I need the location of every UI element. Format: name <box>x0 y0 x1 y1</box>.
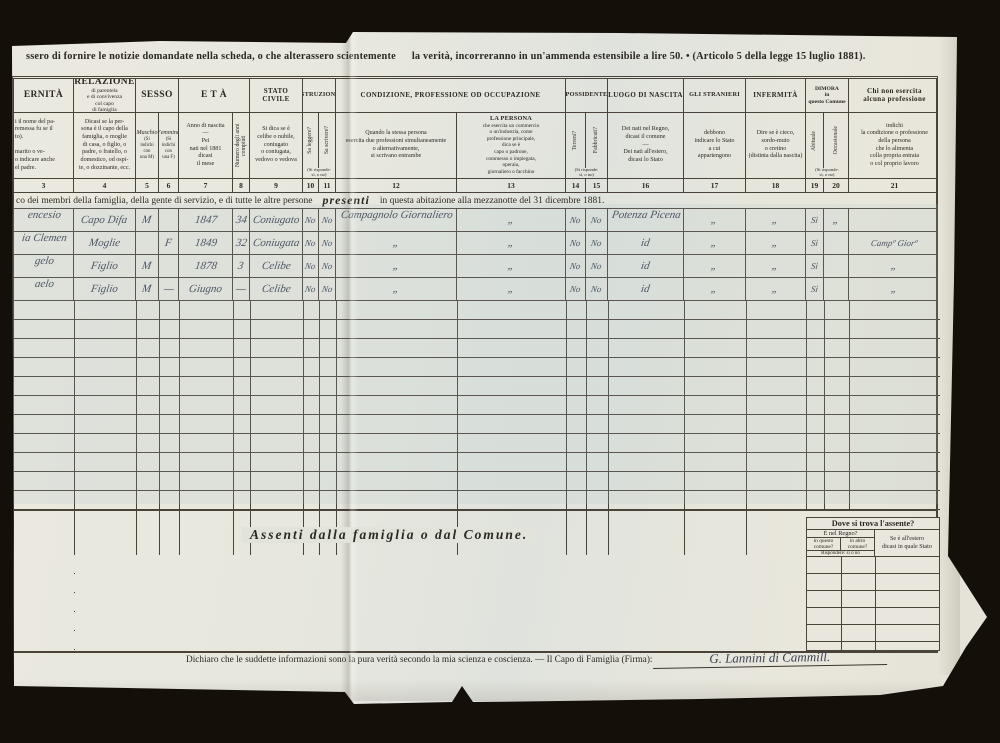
header-possidente-title: POSSIDENTE <box>566 92 607 99</box>
person-row-3: gelo Figlio M 1878 3 Celibe No No „ „ No… <box>14 255 936 278</box>
legal-notice: ssero di fornire le notizie domandate ne… <box>26 51 950 62</box>
colnum-20: 20 <box>824 179 849 192</box>
presenti-caption: co dei membri della famiglia, della gent… <box>14 193 940 208</box>
la-persona-title: LA PERSONA <box>490 116 532 123</box>
header-stato-civile-title: STATO CIVILE <box>250 88 302 103</box>
cell-femmina: F <box>159 232 179 254</box>
cell-occasionale <box>824 232 849 254</box>
istruzione-note: (Si risponde: sì, o no) <box>303 167 335 177</box>
cell-chi: „ <box>849 278 940 300</box>
cell-persona: „ <box>457 278 566 300</box>
cell-anno: 1878 <box>179 255 233 277</box>
assenti-section: Assenti dalla famiglia o dal Comune. Dov… <box>14 511 936 651</box>
fabbricati-cell: Fabbricati? <box>586 113 607 168</box>
colnum-19: 19 <box>806 179 824 192</box>
cell-femmina <box>159 209 179 231</box>
cell-abituale: Sì <box>806 255 824 277</box>
cell-nome: aelo <box>14 278 74 300</box>
cell-occasionale <box>824 278 849 300</box>
colnum-18-text: 18 <box>772 181 780 190</box>
cell-infermita: „ <box>746 232 806 254</box>
cell-fabbricati: No <box>586 232 608 254</box>
census-table: ERNITÀ RELAZIONE di parentela e di convi… <box>12 76 938 653</box>
colnum-4: 4 <box>74 179 136 192</box>
declaration: Dichiaro che le suddette informazioni so… <box>186 650 886 667</box>
declaration-text: Dichiaro che le suddette informazioni so… <box>186 655 653 665</box>
dove-assente-head: È nel Regno? in questo comune? in altro … <box>807 530 939 557</box>
cell-condizione: „ <box>336 278 457 300</box>
condizione-due-text: Quando la stessa persona esercita due pr… <box>346 130 446 160</box>
presenti-caption-post: in questa abitazione alla mezzanotte del… <box>380 196 604 206</box>
colnum-17-text: 17 <box>711 181 719 190</box>
desc-la-persona: LA PERSONA che esercita un commercio o u… <box>457 113 566 178</box>
cell-femmina <box>159 255 179 277</box>
assenti-caption: Assenti dalla famiglia o dal Comune. <box>242 527 536 543</box>
assenti-block: Assenti dalla famiglia o dal Comune. Dov… <box>14 511 940 651</box>
cell-fabbricati: No <box>586 209 608 231</box>
cell-abituale: Sì <box>806 209 824 231</box>
colnum-3-text: 3 <box>42 181 46 190</box>
desc-istruzione: Sa leggere? Sa scrivere? (Si risponde: s… <box>303 113 336 178</box>
header-group-row: ERNITÀ RELAZIONE di parentela e di convi… <box>14 79 936 113</box>
cell-infermita: „ <box>746 209 806 231</box>
census-sheet-paper: ssero di fornire le notizie domandate ne… <box>0 0 1000 743</box>
dove-assente-title: Dove si trova l'assente? <box>807 518 939 530</box>
person-row-4: aelo Figlio M — Giugno — Celibe No No „ … <box>14 278 936 301</box>
header-istruzione-title: ISTRUZIONE <box>303 92 336 99</box>
header-possidente: POSSIDENTE <box>566 79 608 112</box>
desc-relazione-text: Dicasi se la per- sona è il capo della f… <box>79 119 130 172</box>
cell-luogo: id <box>608 232 684 254</box>
altro-comune-label: in altro comune? <box>841 538 874 550</box>
cell-terreni: No <box>566 278 586 300</box>
census-scan-page: { "legal_notice": { "part1": "ssero di f… <box>0 0 1000 743</box>
cell-maschio: M <box>136 209 159 231</box>
cell-scrivere: No <box>319 278 336 300</box>
terreni-label: Terreni? <box>572 131 578 150</box>
cell-anni: — <box>233 278 250 300</box>
desc-femmina: Femmina (Si indichi con una F) <box>159 113 179 178</box>
sa-scrivere-cell: Sa scrivere? <box>319 113 335 168</box>
desc-paternita: i il nome del pa- remessa fu se il to). … <box>14 113 74 178</box>
cell-leggere: No <box>303 209 319 231</box>
cell-stranieri: „ <box>684 255 746 277</box>
cell-fabbricati: No <box>586 278 608 300</box>
cell-anni: 32 <box>233 232 250 254</box>
legal-notice-part1: ssero di fornire le notizie domandate ne… <box>26 51 396 62</box>
maschio-note: (Si indichi con una M) <box>140 137 154 161</box>
desc-dimora: Abituale Occasionale (Si risponde: sì, o… <box>806 113 849 178</box>
cell-condizione: Campagnolo Giornaliero <box>336 209 457 231</box>
colnum-13-text: 13 <box>507 181 515 190</box>
header-dimora: DIMORA in questo Comune <box>806 79 849 112</box>
header-chi-non-esercita: Chi non esercita alcuna professione <box>849 79 940 112</box>
colnum-11: 11 <box>319 179 336 192</box>
colnum-5: 5 <box>136 179 159 192</box>
header-eta-title: E T À <box>201 90 227 100</box>
cell-maschio: M <box>136 278 159 300</box>
header-infermita-title: INFERMITÀ <box>753 92 797 100</box>
cell-luogo: id <box>608 255 684 277</box>
colnum-5-text: 5 <box>145 181 149 190</box>
legal-notice-part2: la verità, incorreranno in un'ammenda es… <box>412 51 866 62</box>
cell-terreni: No <box>566 209 586 231</box>
cell-leggere: No <box>303 278 319 300</box>
anno-nascita-text: Anno di nascita — Pei nati nel 1881 dica… <box>186 123 224 169</box>
header-relazione: RELAZIONE di parentela e di convivenza c… <box>74 79 136 112</box>
occasionale-label: Occasionale <box>833 126 839 154</box>
cell-chi: „ <box>849 255 940 277</box>
cell-nome: gelo <box>14 255 74 277</box>
cell-anni: 34 <box>233 209 250 231</box>
desc-chi-non-esercita: indichi la condizione o professione dell… <box>849 113 940 178</box>
header-relazione-subtitle: di parentela e di convivenza col capo di… <box>87 88 122 112</box>
cell-scrivere: No <box>319 255 336 277</box>
cell-chi <box>849 209 940 231</box>
femmina-label: Femmina <box>159 130 179 138</box>
infermita-text: Dire se è cieco, sordo-muto o cretino (d… <box>749 130 803 160</box>
colnum-7: 7 <box>179 179 233 192</box>
header-relazione-title: RELAZIONE <box>74 79 135 88</box>
regno-column: È nel Regno? in questo comune? in altro … <box>807 530 875 556</box>
cell-stato: Coniugata <box>250 232 303 254</box>
desc-infermita: Dire se è cieco, sordo-muto o cretino (d… <box>746 113 806 178</box>
questo-comune-label: in questo comune? <box>807 538 841 550</box>
colnum-19-text: 19 <box>811 181 819 190</box>
dimora-note: (Si risponde: sì, o no) <box>806 167 848 177</box>
cell-stato: Coniugato <box>250 209 303 231</box>
colnum-6: 6 <box>159 179 179 192</box>
colnum-14: 14 <box>566 179 586 192</box>
colnum-20-text: 20 <box>832 181 840 190</box>
desc-stranieri: debbono indicare lo Stato a cui apparten… <box>684 113 746 178</box>
cell-relazione: Moglie <box>74 232 136 254</box>
cell-chi: Campº Giorº <box>849 232 940 254</box>
colnum-9: 9 <box>250 179 303 192</box>
cell-abituale: Sì <box>806 232 824 254</box>
cell-scrivere: No <box>319 209 336 231</box>
dove-assente-rows <box>807 557 939 650</box>
colnum-8: 8 <box>233 179 250 192</box>
la-persona-text: che esercita un commercio o un'industria… <box>483 123 540 176</box>
cell-luogo: id <box>608 278 684 300</box>
header-stato-civile: STATO CIVILE <box>250 79 303 112</box>
assenti-body-rules <box>14 555 940 651</box>
bottom-edge-shadow <box>12 679 942 701</box>
presenti-caption-highlight: presenti <box>323 193 370 208</box>
cell-fabbricati: No <box>586 255 608 277</box>
header-stranieri: GLI STRANIERI <box>684 79 746 112</box>
header-stranieri-title: GLI STRANIERI <box>689 92 740 99</box>
cell-occasionale: „ <box>824 209 849 231</box>
cell-terreni: No <box>566 255 586 277</box>
desc-maschio: Maschio (Si indichi con una M) <box>136 113 159 178</box>
presenti-caption-row: co dei membri della famiglia, della gent… <box>14 193 936 209</box>
desc-anni-compiuti: Numero degli anni compiuti <box>233 113 250 178</box>
header-sesso-title: SESSO <box>141 90 173 100</box>
cell-persona: „ <box>457 232 566 254</box>
colnum-13: 13 <box>457 179 566 192</box>
colnum-3: 3 <box>14 179 74 192</box>
cell-anno: 1849 <box>179 232 233 254</box>
cell-relazione: Figlio <box>74 278 136 300</box>
stato-civile-text: Si dica se è celibe o nubile, coniugato … <box>255 126 297 164</box>
colnum-12-text: 12 <box>392 181 400 190</box>
header-chi-title: Chi non esercita alcuna professione <box>863 88 926 103</box>
header-eta: E T À <box>179 79 250 112</box>
regno-subcolumns: in questo comune? in altro comune? <box>807 538 874 550</box>
regno-label: È nel Regno? <box>807 530 874 538</box>
empty-ruled-rows <box>14 301 936 511</box>
cell-stranieri: „ <box>684 232 746 254</box>
cell-scrivere: No <box>319 232 336 254</box>
luogo-text: Dei nati nel Regno, dicasi il comune — D… <box>622 126 669 164</box>
cell-abituale: Sì <box>806 278 824 300</box>
dove-assente-box: Dove si trova l'assente? È nel Regno? in… <box>806 517 940 651</box>
colnum-21: 21 <box>849 179 940 192</box>
fabbricati-label: Fabbricati? <box>593 127 599 153</box>
cell-stato: Celibe <box>250 255 303 277</box>
desc-condizione-due: Quando la stessa persona esercita due pr… <box>336 113 457 178</box>
occasionale-cell: Occasionale <box>824 113 848 168</box>
header-infermita: INFERMITÀ <box>746 79 806 112</box>
colnum-9-text: 9 <box>274 181 278 190</box>
cell-maschio <box>136 232 159 254</box>
cell-relazione: Capo Difa <box>74 209 136 231</box>
chi-non-esercita-text: indichi la condizione o professione dell… <box>861 123 928 169</box>
cell-stranieri: „ <box>684 278 746 300</box>
colnum-6-text: 6 <box>167 181 171 190</box>
header-sesso: SESSO <box>136 79 179 112</box>
header-istruzione: ISTRUZIONE <box>303 79 336 112</box>
colnum-7-text: 7 <box>204 181 208 190</box>
cell-occasionale <box>824 255 849 277</box>
cell-infermita: „ <box>746 278 806 300</box>
fold-gap <box>396 51 412 62</box>
cell-terreni: No <box>566 232 586 254</box>
cell-anno: Giugno <box>179 278 233 300</box>
colnum-16-text: 16 <box>642 181 650 190</box>
cell-stato: Celibe <box>250 278 303 300</box>
cell-infermita: „ <box>746 255 806 277</box>
cell-stranieri: „ <box>684 209 746 231</box>
possidente-note: (Si risponde: sì, o no) <box>566 167 607 177</box>
desc-possidente: Terreni? Fabbricati? (Si risponde: sì, o… <box>566 113 608 178</box>
cell-femmina: — <box>159 278 179 300</box>
header-condizione-title: CONDIZIONE, PROFESSIONE OD OCCUPAZIONE <box>361 92 541 100</box>
cell-persona: „ <box>457 209 566 231</box>
right-edge-shadow <box>938 35 960 675</box>
colnum-15: 15 <box>586 179 608 192</box>
header-luogo-title: LUOGO DI NASCITA <box>608 92 683 100</box>
maschio-label: Maschio <box>137 130 158 138</box>
colnum-21-text: 21 <box>891 181 899 190</box>
header-dimora-title: DIMORA in questo Comune <box>808 86 845 105</box>
header-desc-row: i il nome del pa- remessa fu se il to). … <box>14 113 936 179</box>
rispondere-note: Rispondere: sì o no <box>807 550 874 556</box>
colnum-10-text: 10 <box>307 181 315 190</box>
colnum-14-text: 14 <box>572 181 580 190</box>
colnum-4-text: 4 <box>103 181 107 190</box>
colnum-10: 10 <box>303 179 319 192</box>
cell-condizione: „ <box>336 232 457 254</box>
cell-luogo: Potenza Picena <box>608 209 684 231</box>
colnum-16: 16 <box>608 179 684 192</box>
colnum-11-text: 11 <box>323 181 330 190</box>
terreni-cell: Terreni? <box>566 113 586 168</box>
cell-anni: 3 <box>233 255 250 277</box>
abituale-cell: Abituale <box>806 113 824 168</box>
cell-nome: encesio <box>14 209 74 231</box>
cell-persona: „ <box>457 255 566 277</box>
desc-luogo: Dei nati nel Regno, dicasi il comune — D… <box>608 113 684 178</box>
cell-nome: ia Clemen <box>14 232 74 254</box>
colnum-17: 17 <box>684 179 746 192</box>
sa-leggere-cell: Sa leggere? <box>303 113 319 168</box>
header-luogo: LUOGO DI NASCITA <box>608 79 684 112</box>
desc-anno-nascita: Anno di nascita — Pei nati nel 1881 dica… <box>179 113 233 178</box>
cell-leggere: No <box>303 255 319 277</box>
stranieri-text: debbono indicare lo Stato a cui apparten… <box>695 130 735 160</box>
colnum-18: 18 <box>746 179 806 192</box>
abituale-label: Abituale <box>811 131 817 151</box>
sa-leggere-label: Sa leggere? <box>307 127 313 154</box>
column-number-row: 3 4 5 6 7 8 9 10 11 12 13 14 15 16 17 18… <box>14 179 936 193</box>
cell-leggere: No <box>303 232 319 254</box>
desc-paternita-text: i il nome del pa- remessa fu se il to). … <box>14 117 56 174</box>
cell-relazione: Figlio <box>74 255 136 277</box>
presenti-caption-pre: co dei membri della famiglia, della gent… <box>16 196 313 206</box>
desc-relazione: Dicasi se la per- sona è il capo della f… <box>74 113 136 178</box>
person-row-1: encesio Capo Difa M 1847 34 Coniugato No… <box>14 209 936 232</box>
sa-scrivere-label: Sa scrivere? <box>324 126 330 154</box>
estero-label: Se è all'estero dicasi in quale Stato <box>875 530 939 556</box>
header-paternita: ERNITÀ <box>14 79 74 112</box>
colnum-12: 12 <box>336 179 457 192</box>
cell-anno: 1847 <box>179 209 233 231</box>
anni-compiuti-label: Numero degli anni compiuti <box>235 113 247 178</box>
cell-maschio: M <box>136 255 159 277</box>
desc-stato-civile: Si dica se è celibe o nubile, coniugato … <box>250 113 303 178</box>
colnum-15-text: 15 <box>593 181 601 190</box>
header-condizione: CONDIZIONE, PROFESSIONE OD OCCUPAZIONE <box>336 79 566 112</box>
ruled-area <box>14 301 940 510</box>
femmina-note: (Si indichi con una F) <box>162 137 175 161</box>
header-paternita-title: ERNITÀ <box>24 90 63 100</box>
cell-condizione: „ <box>336 255 457 277</box>
head-of-family-signature: G. Lannini di Cammill. <box>652 648 886 669</box>
colnum-8-text: 8 <box>239 181 243 190</box>
person-row-2: ia Clemen Moglie F 1849 32 Coniugata No … <box>14 232 936 255</box>
